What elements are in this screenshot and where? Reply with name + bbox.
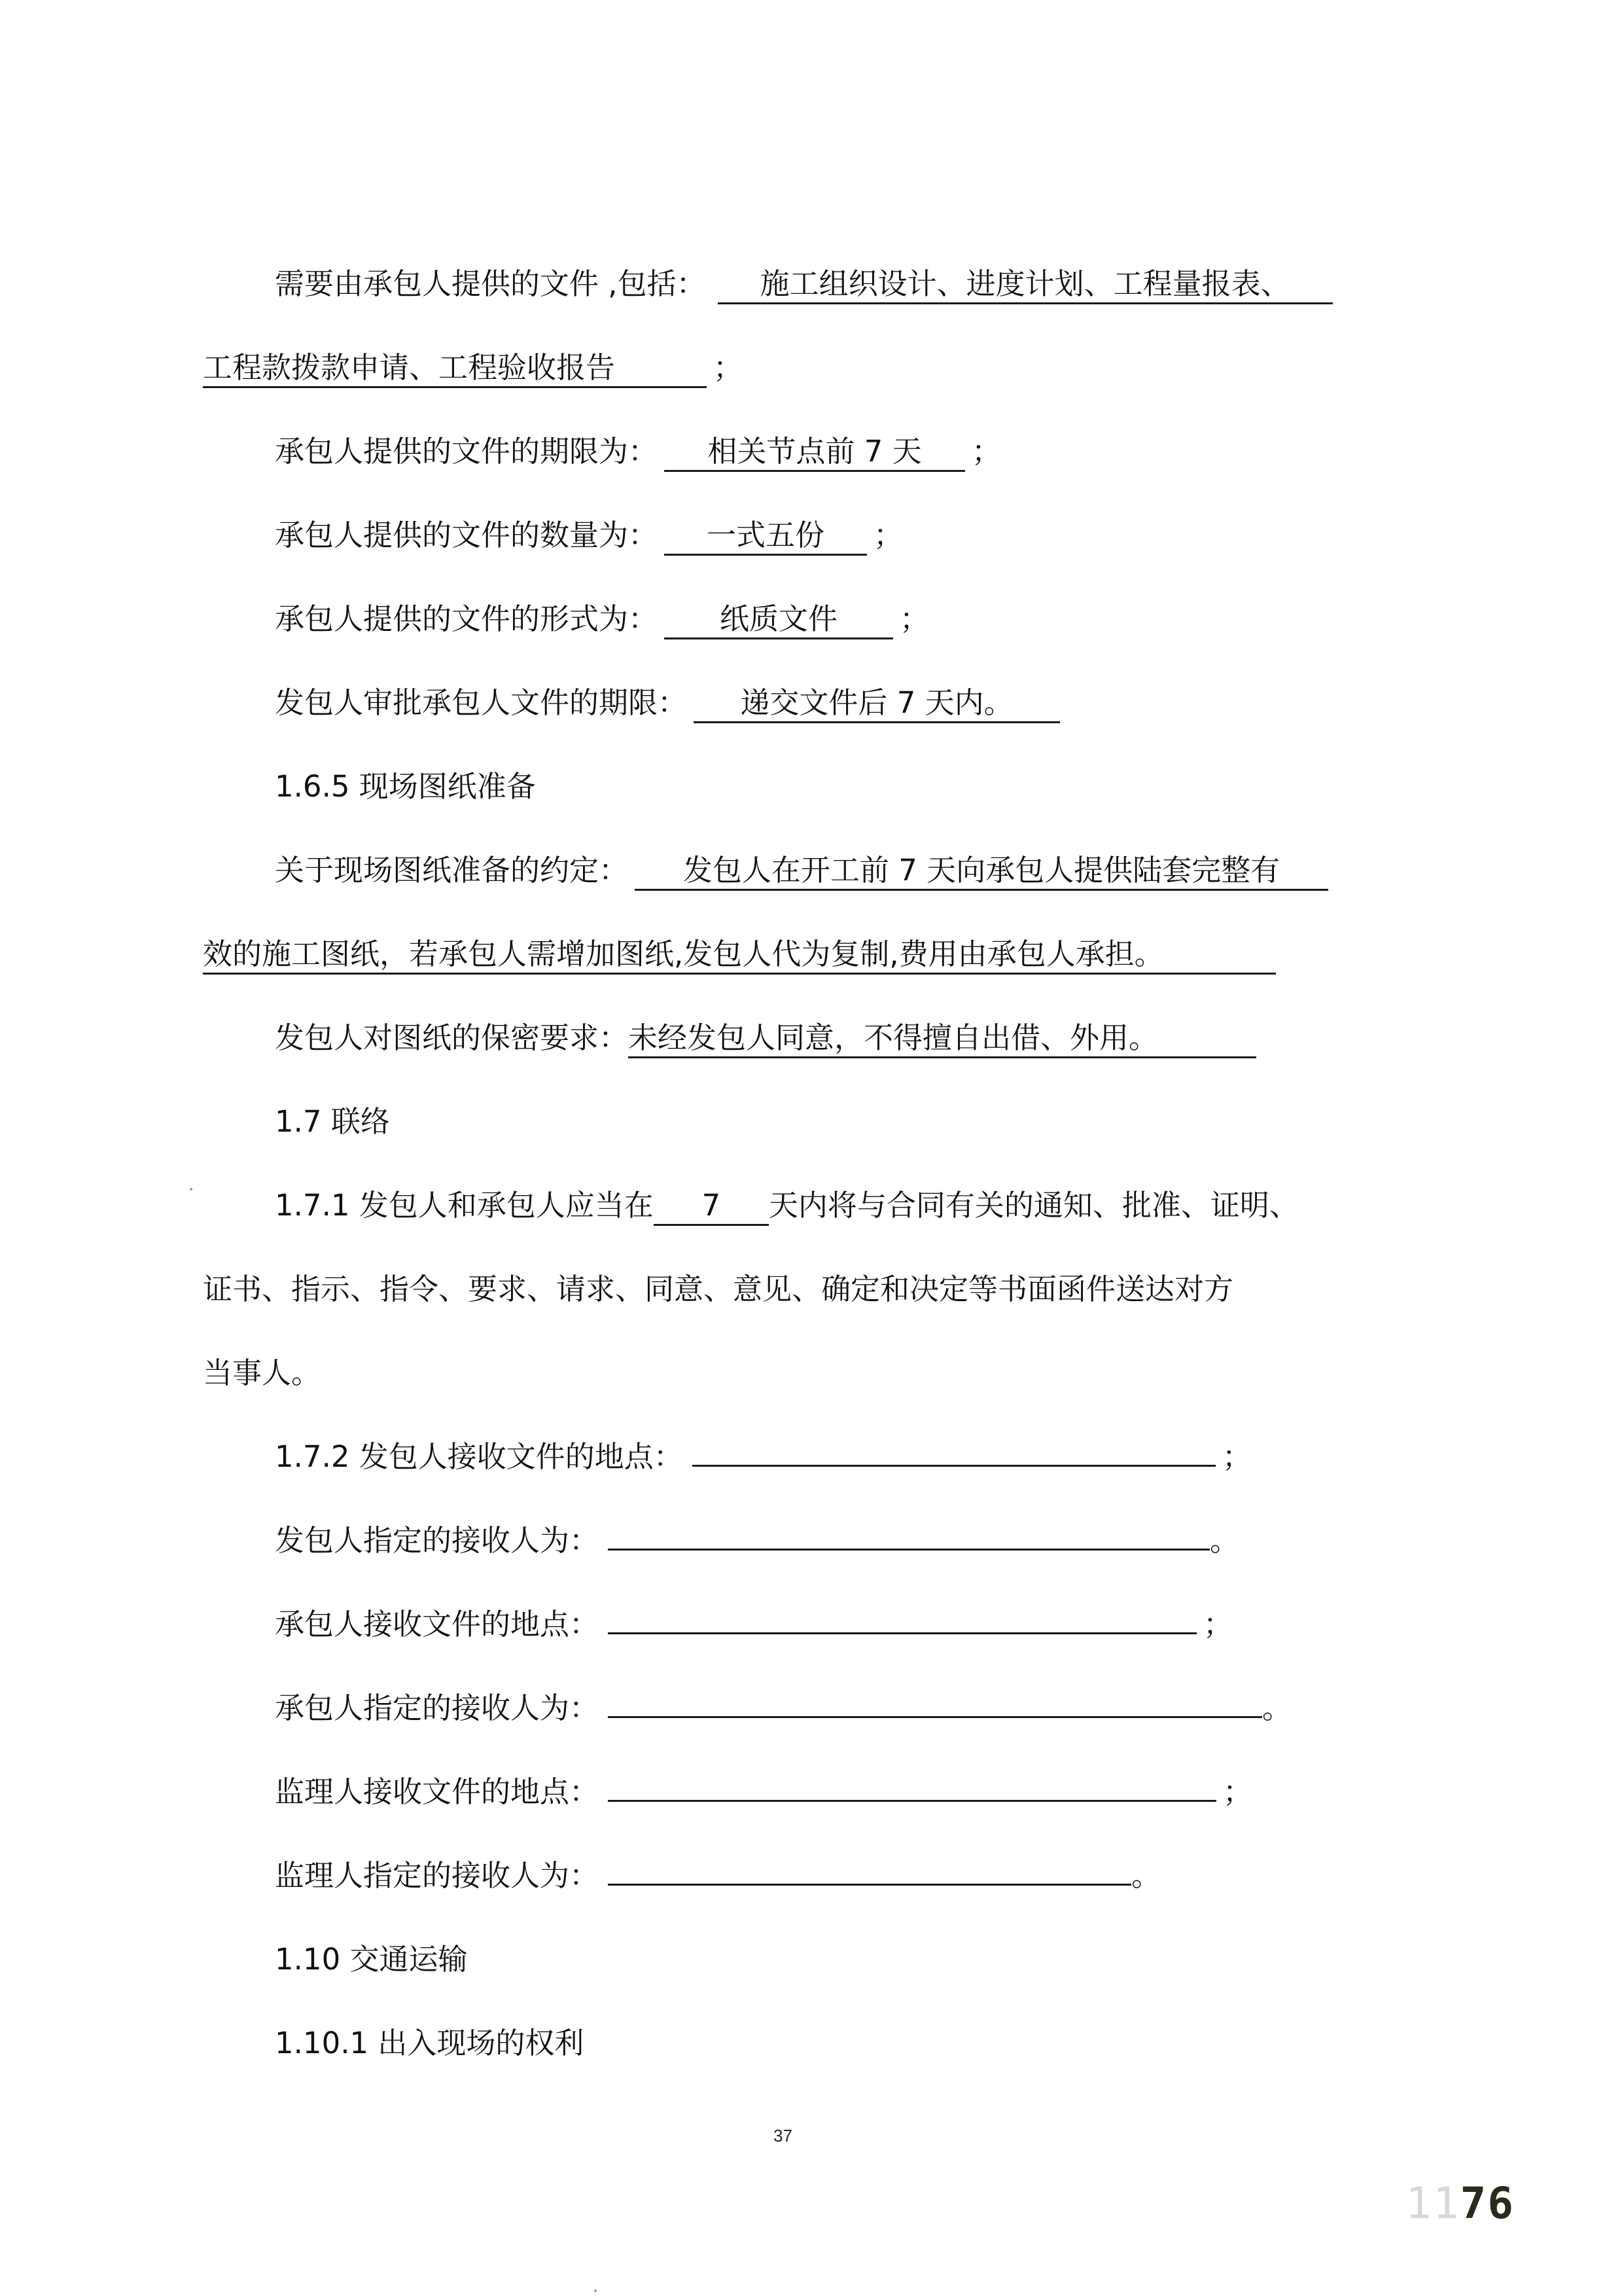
field-value: 施工组织设计、进度计划、工程量报表、: [718, 266, 1333, 304]
field-label: 承包人提供的文件的形式为：: [275, 601, 658, 636]
para-doc-approval: 发包人审批承包人文件的期限：递交文件后 7 天内。: [275, 683, 1060, 723]
para-supervisor-recipient: 监理人指定的接收人为：。: [275, 1856, 1161, 1895]
heading-text: 1.10 交通运输: [275, 1942, 468, 1977]
para-supervisor-address: 监理人接收文件的地点：；: [275, 1772, 1252, 1812]
para-drawings-agreement-cont: 效的施工图纸，若承包人需增加图纸,发包人代为复制,费用由承包人承担。: [203, 935, 1276, 975]
field-label: 承包人接收文件的地点：: [275, 1607, 599, 1641]
field-label: 关于现场图纸准备的约定：: [275, 853, 628, 888]
field-value: 一式五份: [664, 517, 867, 556]
field-label: 监理人指定的接收人为：: [275, 1858, 599, 1893]
supervisor-recipient-blank[interactable]: [608, 1884, 1131, 1886]
field-suffix: 。: [1262, 1691, 1292, 1725]
field-suffix: ；: [900, 601, 929, 636]
field-value: 未经发包人同意，不得擅自出借、外用。: [628, 1020, 1256, 1058]
field-label: 1.7.2 发包人接收文件的地点：: [275, 1439, 683, 1474]
para-employer-recipient: 发包人指定的接收人为：。: [275, 1521, 1239, 1560]
page-number: 37: [773, 2126, 792, 2146]
field-suffix: ；: [1222, 1439, 1252, 1474]
field-value: 7: [654, 1187, 769, 1226]
section-heading-1-6-5: 1.6.5 现场图纸准备: [275, 767, 536, 806]
para-1-7-1-end: 当事人。: [203, 1354, 321, 1393]
para-doc-deadline: 承包人提供的文件的期限为：相关节点前 7 天；: [275, 432, 1001, 472]
para-doc-form: 承包人提供的文件的形式为：纸质文件；: [275, 600, 929, 639]
employer-address-blank[interactable]: [692, 1465, 1216, 1467]
section-heading-1-10-1: 1.10.1 出入现场的权利: [275, 2024, 584, 2063]
heading-text: 1.6.5 现场图纸准备: [275, 769, 536, 804]
heading-text: 1.10.1 出入现场的权利: [275, 2026, 584, 2060]
field-value: 效的施工图纸，若承包人需增加图纸,发包人代为复制,费用由承包人承担。: [203, 936, 1276, 975]
field-label: 承包人提供的文件的期限为：: [275, 434, 658, 469]
para-contractor-recipient: 承包人指定的接收人为：。: [275, 1689, 1292, 1728]
stamp-ghost-digits: 11: [1405, 2178, 1460, 2229]
heading-text: 1.7 联络: [275, 1104, 390, 1139]
stamp-number: 76: [1460, 2178, 1514, 2229]
field-label: 需要由承包人提供的文件 ,包括：: [275, 266, 706, 301]
para-documents-required-cont: 工程款拨款申请、工程验收报告；: [203, 348, 743, 388]
para-documents-required: 需要由承包人提供的文件 ,包括：施工组织设计、进度计划、工程量报表、: [275, 264, 1333, 304]
field-label: 1.7.1 发包人和承包人应当在: [275, 1188, 654, 1223]
field-value: 递交文件后 7 天内。: [694, 685, 1060, 723]
para-1-7-2-employer-address: 1.7.2 发包人接收文件的地点：；: [275, 1437, 1252, 1477]
field-suffix: ；: [1203, 1607, 1233, 1641]
field-label: 发包人对图纸的保密要求：: [275, 1020, 628, 1055]
para-doc-quantity: 承包人提供的文件的数量为：一式五份；: [275, 516, 903, 556]
field-suffix: ；: [874, 518, 903, 552]
employer-recipient-blank[interactable]: [608, 1549, 1210, 1551]
field-suffix: ；: [713, 350, 743, 385]
para-drawings-agreement: 关于现场图纸准备的约定：发包人在开工前 7 天向承包人提供陆套完整有: [275, 851, 1328, 891]
para-1-7-1: 1.7.1 发包人和承包人应当在7天内将与合同有关的通知、批准、证明、: [275, 1186, 1299, 1226]
para-1-7-1-cont: 证书、指示、指令、要求、请求、同意、意见、确定和决定等书面函件送达对方: [203, 1270, 1233, 1309]
field-suffix: 。: [1210, 1523, 1239, 1558]
field-label: 承包人提供的文件的数量为：: [275, 518, 658, 552]
field-label: 监理人接收文件的地点：: [275, 1774, 599, 1809]
field-value: 发包人在开工前 7 天向承包人提供陆套完整有: [635, 852, 1328, 891]
para-contractor-address: 承包人接收文件的地点：；: [275, 1605, 1233, 1644]
text: 当事人。: [203, 1355, 321, 1390]
field-suffix: ；: [1223, 1774, 1252, 1809]
field-suffix: 天内将与合同有关的通知、批准、证明、: [769, 1188, 1299, 1223]
section-heading-1-10: 1.10 交通运输: [275, 1940, 468, 1979]
field-suffix: 。: [1131, 1858, 1161, 1893]
section-heading-1-7: 1.7 联络: [275, 1102, 390, 1141]
field-label: 发包人审批承包人文件的期限：: [275, 685, 687, 720]
text: 证书、指示、指令、要求、请求、同意、意见、确定和决定等书面函件送达对方: [203, 1272, 1233, 1306]
scan-speck: [190, 1188, 192, 1191]
supervisor-address-blank[interactable]: [608, 1800, 1216, 1802]
field-value: 工程款拨款申请、工程验收报告: [203, 350, 707, 388]
field-value: 纸质文件: [664, 601, 893, 639]
field-suffix: ；: [972, 434, 1001, 469]
field-value: 相关节点前 7 天: [664, 433, 965, 472]
contractor-address-blank[interactable]: [608, 1632, 1197, 1634]
handwritten-page-stamp: 1176: [1405, 2178, 1515, 2229]
contractor-recipient-blank[interactable]: [608, 1716, 1262, 1718]
scan-speck: [594, 2289, 597, 2292]
field-label: 承包人指定的接收人为：: [275, 1691, 599, 1725]
field-label: 发包人指定的接收人为：: [275, 1523, 599, 1558]
para-drawings-confidentiality: 发包人对图纸的保密要求：未经发包人同意，不得擅自出借、外用。: [275, 1018, 1256, 1058]
